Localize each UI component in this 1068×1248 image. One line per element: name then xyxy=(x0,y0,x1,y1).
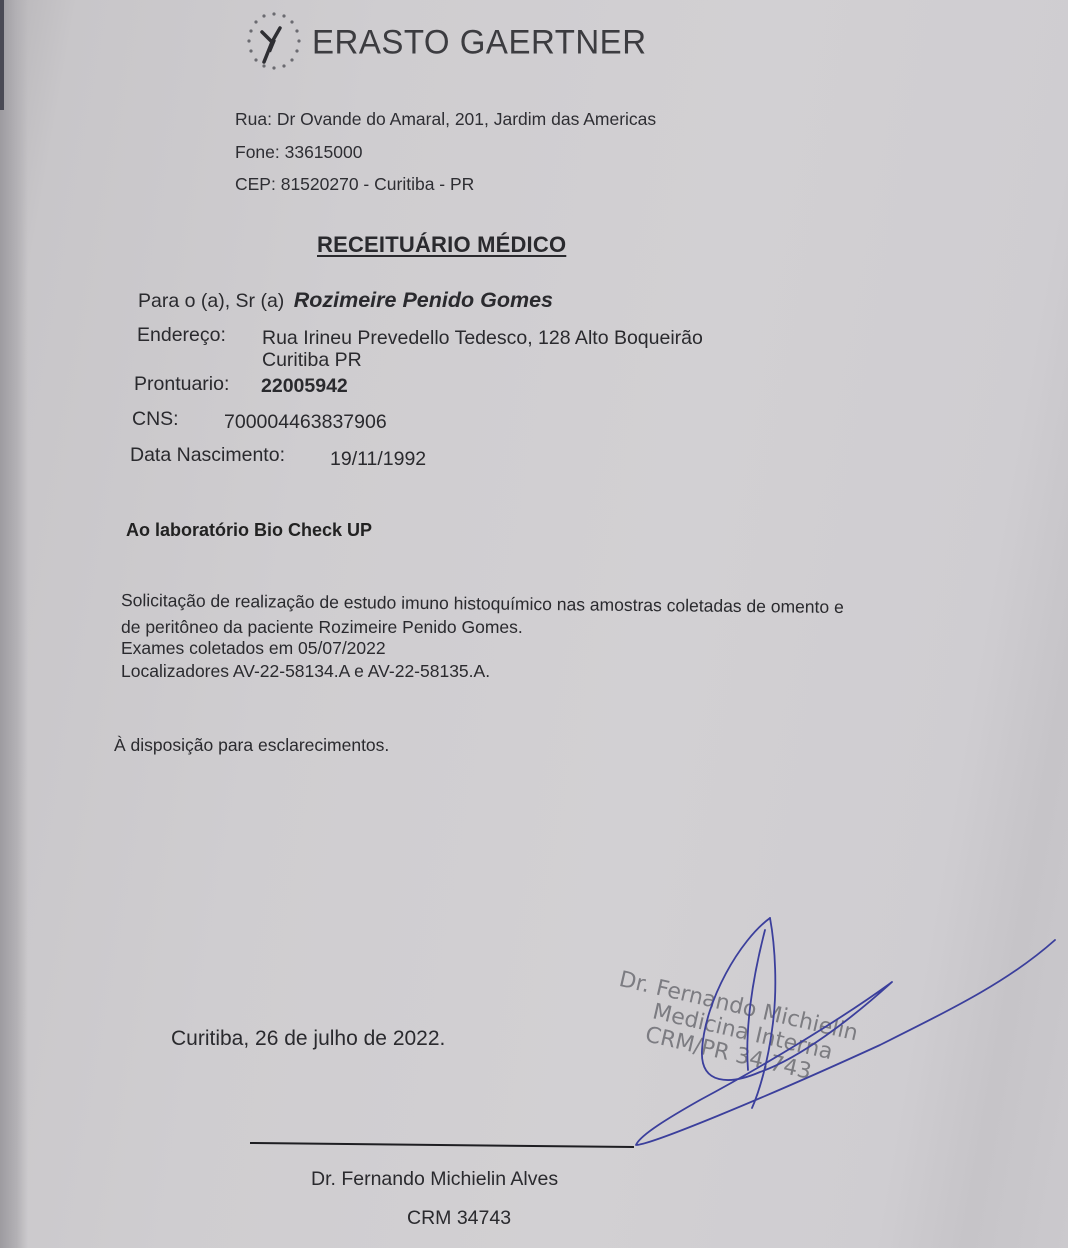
institution-logo: ERASTO GAERTNER xyxy=(240,8,647,76)
patient-name-row: Para o (a), Sr (a) Rozimeire Penido Gome… xyxy=(138,288,553,313)
patient-address-line2: Curitiba PR xyxy=(262,349,362,372)
institution-cep: CEP: 81520270 - Curitiba - PR xyxy=(235,174,474,195)
patient-to-label: Para o (a), Sr (a) xyxy=(138,290,284,312)
document-title: RECEITUÁRIO MÉDICO xyxy=(317,232,566,258)
patient-birth-label: Data Nascimento: xyxy=(130,444,285,467)
patient-cns-number: 700004463837906 xyxy=(224,411,387,434)
paper-edge-shadow xyxy=(0,0,28,1248)
body-line-4: Localizadores AV-22-58134.A e AV-22-5813… xyxy=(121,661,490,682)
patient-birth-date: 19/11/1992 xyxy=(330,448,426,471)
body-line-2: de peritôneo da paciente Rozimeire Penid… xyxy=(121,617,523,638)
doctor-name: Dr. Fernando Michielin Alves xyxy=(311,1168,558,1191)
patient-name: Rozimeire Penido Gomes xyxy=(294,288,553,312)
patient-cns-label: CNS: xyxy=(132,408,179,431)
patient-record-number: 22005942 xyxy=(261,375,348,398)
body-line-3: Exames coletados em 05/07/2022 xyxy=(121,638,386,659)
institution-address: Rua: Dr Ovande do Amaral, 201, Jardim da… xyxy=(235,109,656,130)
institution-name: ERASTO GAERTNER xyxy=(312,22,647,62)
body-line-1: Solicitação de realização de estudo imun… xyxy=(121,590,844,618)
closing-remark: À disposição para esclarecimentos. xyxy=(114,735,389,756)
place-and-date: Curitiba, 26 de julho de 2022. xyxy=(171,1027,445,1051)
patient-record-label: Prontuario: xyxy=(134,373,229,396)
doctor-stamp: Dr. Fernando Michielin Medicina Interna … xyxy=(606,968,860,1093)
erasto-gaertner-logo-icon xyxy=(240,8,308,76)
patient-address-label: Endereço: xyxy=(137,324,226,347)
institution-phone: Fone: 33615000 xyxy=(235,142,362,163)
signature-line xyxy=(250,1142,634,1148)
patient-address-line1: Rua Irineu Prevedello Tedesco, 128 Alto … xyxy=(262,327,703,350)
doctor-crm: CRM 34743 xyxy=(407,1207,511,1230)
recipient-lab: Ao laboratório Bio Check UP xyxy=(126,520,372,541)
